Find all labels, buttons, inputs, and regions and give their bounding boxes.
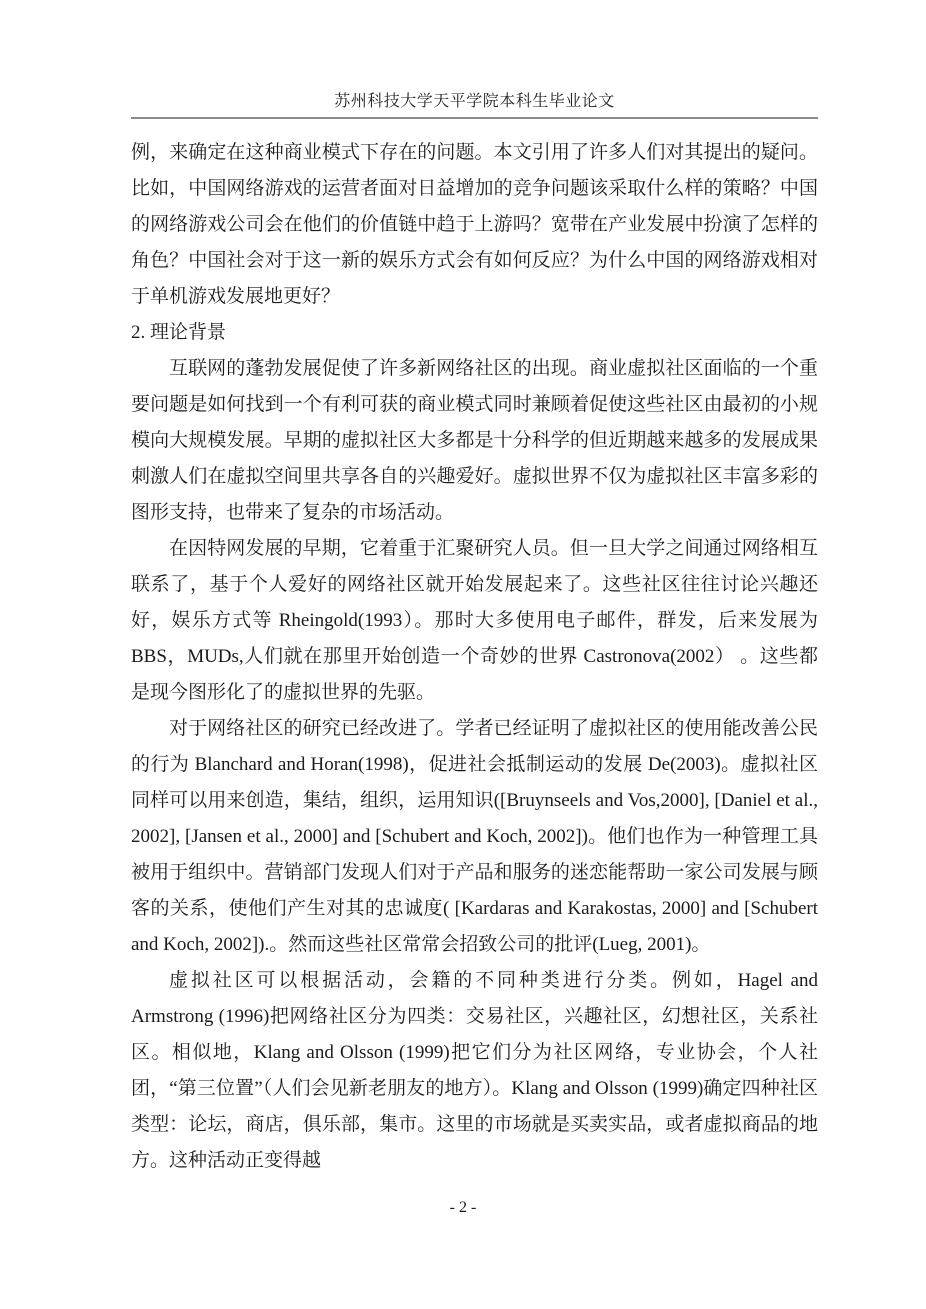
page-footer: - 2 -	[0, 1198, 926, 1218]
document-page: 苏州科技大学天平学院本科生毕业论文 例，来确定在这种商业模式下存在的问题。本文引…	[0, 0, 926, 1309]
paragraph-community-classification: 虚拟社区可以根据活动，会籍的不同种类进行分类。例如，Hagel and Arms…	[131, 963, 818, 1179]
page-content: 苏州科技大学天平学院本科生毕业论文 例，来确定在这种商业模式下存在的问题。本文引…	[131, 0, 818, 1179]
section-heading-theory-background: 2. 理论背景	[131, 315, 818, 351]
page-number: - 2 -	[450, 1199, 477, 1216]
page-header: 苏州科技大学天平学院本科生毕业论文	[131, 92, 818, 119]
header-rule	[131, 117, 818, 119]
paragraph-continuation: 例，来确定在这种商业模式下存在的问题。本文引用了许多人们对其提出的疑问。比如，中…	[131, 135, 818, 315]
document-body: 例，来确定在这种商业模式下存在的问题。本文引用了许多人们对其提出的疑问。比如，中…	[131, 135, 818, 1179]
paragraph-early-internet: 在因特网发展的早期，它着重于汇聚研究人员。但一旦大学之间通过网络相互联系了，基于…	[131, 531, 818, 711]
running-head-title: 苏州科技大学天平学院本科生毕业论文	[131, 92, 818, 112]
paragraph-internet-growth: 互联网的蓬勃发展促使了许多新网络社区的出现。商业虚拟社区面临的一个重要问题是如何…	[131, 351, 818, 531]
paragraph-community-research: 对于网络社区的研究已经改进了。学者已经证明了虚拟社区的使用能改善公民的行为 Bl…	[131, 711, 818, 963]
